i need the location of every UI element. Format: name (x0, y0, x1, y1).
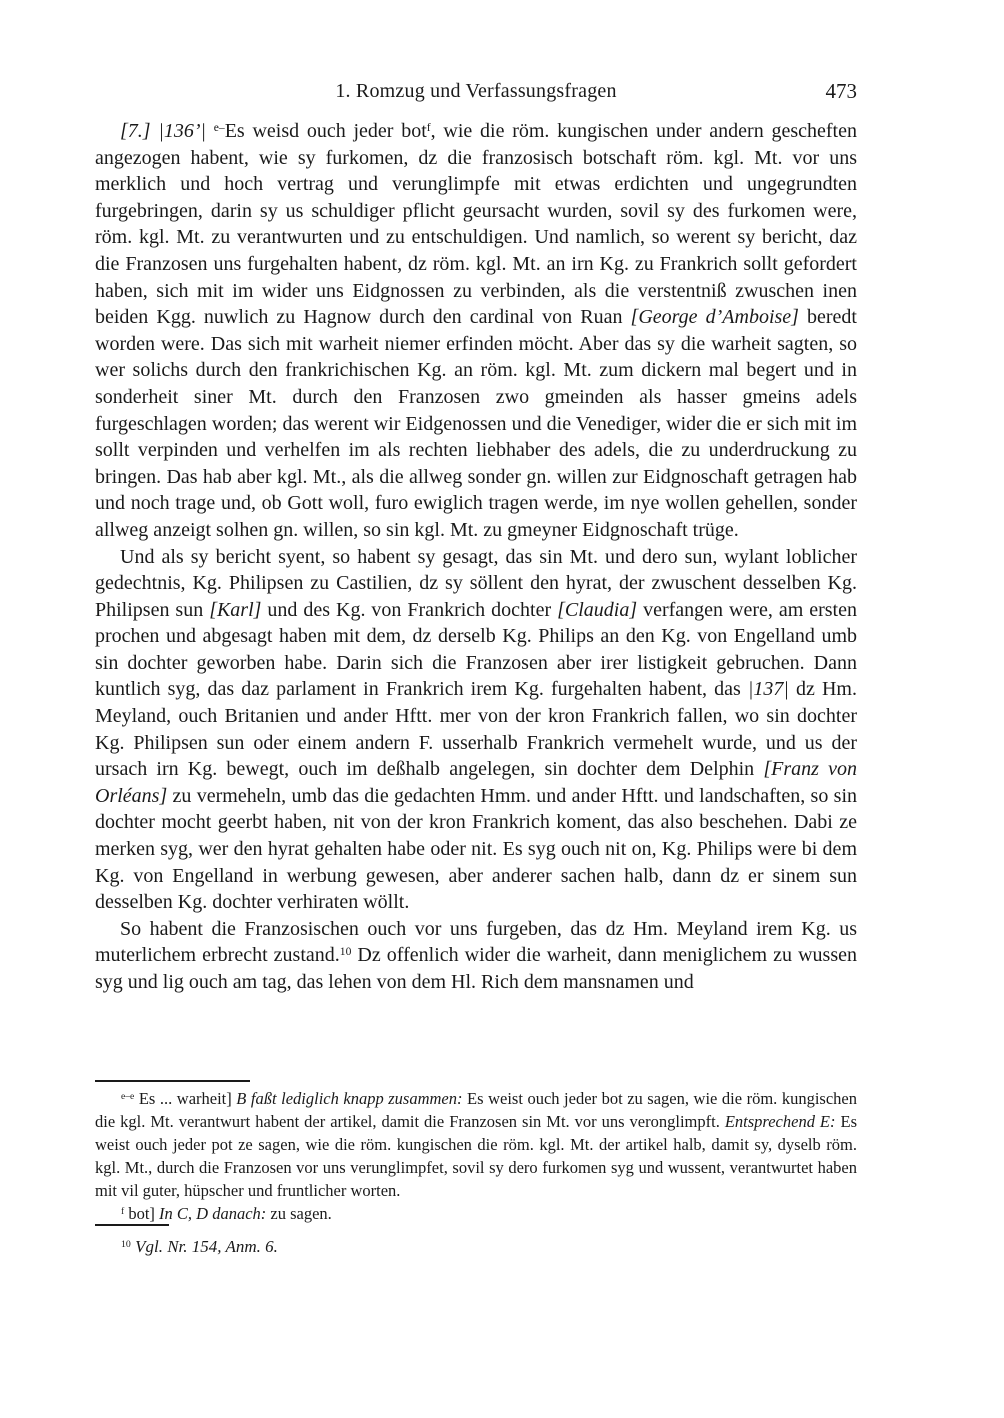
numeric-footnote-block: 10 Vgl. Nr. 154, Anm. 6. (95, 1224, 857, 1258)
critical-footnote-e: e–e Es ... warheit] B faßt lediglich kna… (95, 1087, 857, 1202)
page-header: 1. Romzug und Verfassungsfragen 473 (95, 80, 857, 103)
critical-apparatus-block: e–e Es ... warheit] B faßt lediglich kna… (95, 1080, 857, 1225)
critical-footnote-f: f bot] In C, D danach: zu sagen. (95, 1202, 857, 1225)
running-title: 1. Romzug und Verfassungsfragen (95, 80, 857, 103)
page-number: 473 (826, 79, 858, 104)
body-paragraph-2: Und als sy bericht syent, so habent sy g… (95, 544, 857, 916)
numeric-footnote-10: 10 Vgl. Nr. 154, Anm. 6. (95, 1235, 857, 1258)
footnote-separator-rule (95, 1080, 250, 1082)
main-text-block: [7.] |136’| e–Es weisd ouch jeder botf, … (95, 118, 857, 996)
book-page: 1. Romzug und Verfassungsfragen 473 [7.]… (0, 0, 1004, 1418)
body-paragraph-1: [7.] |136’| e–Es weisd ouch jeder botf, … (95, 118, 857, 544)
numeric-footnote-separator-rule (95, 1224, 169, 1226)
body-paragraph-3: So habent die Franzosischen ouch vor uns… (95, 916, 857, 996)
